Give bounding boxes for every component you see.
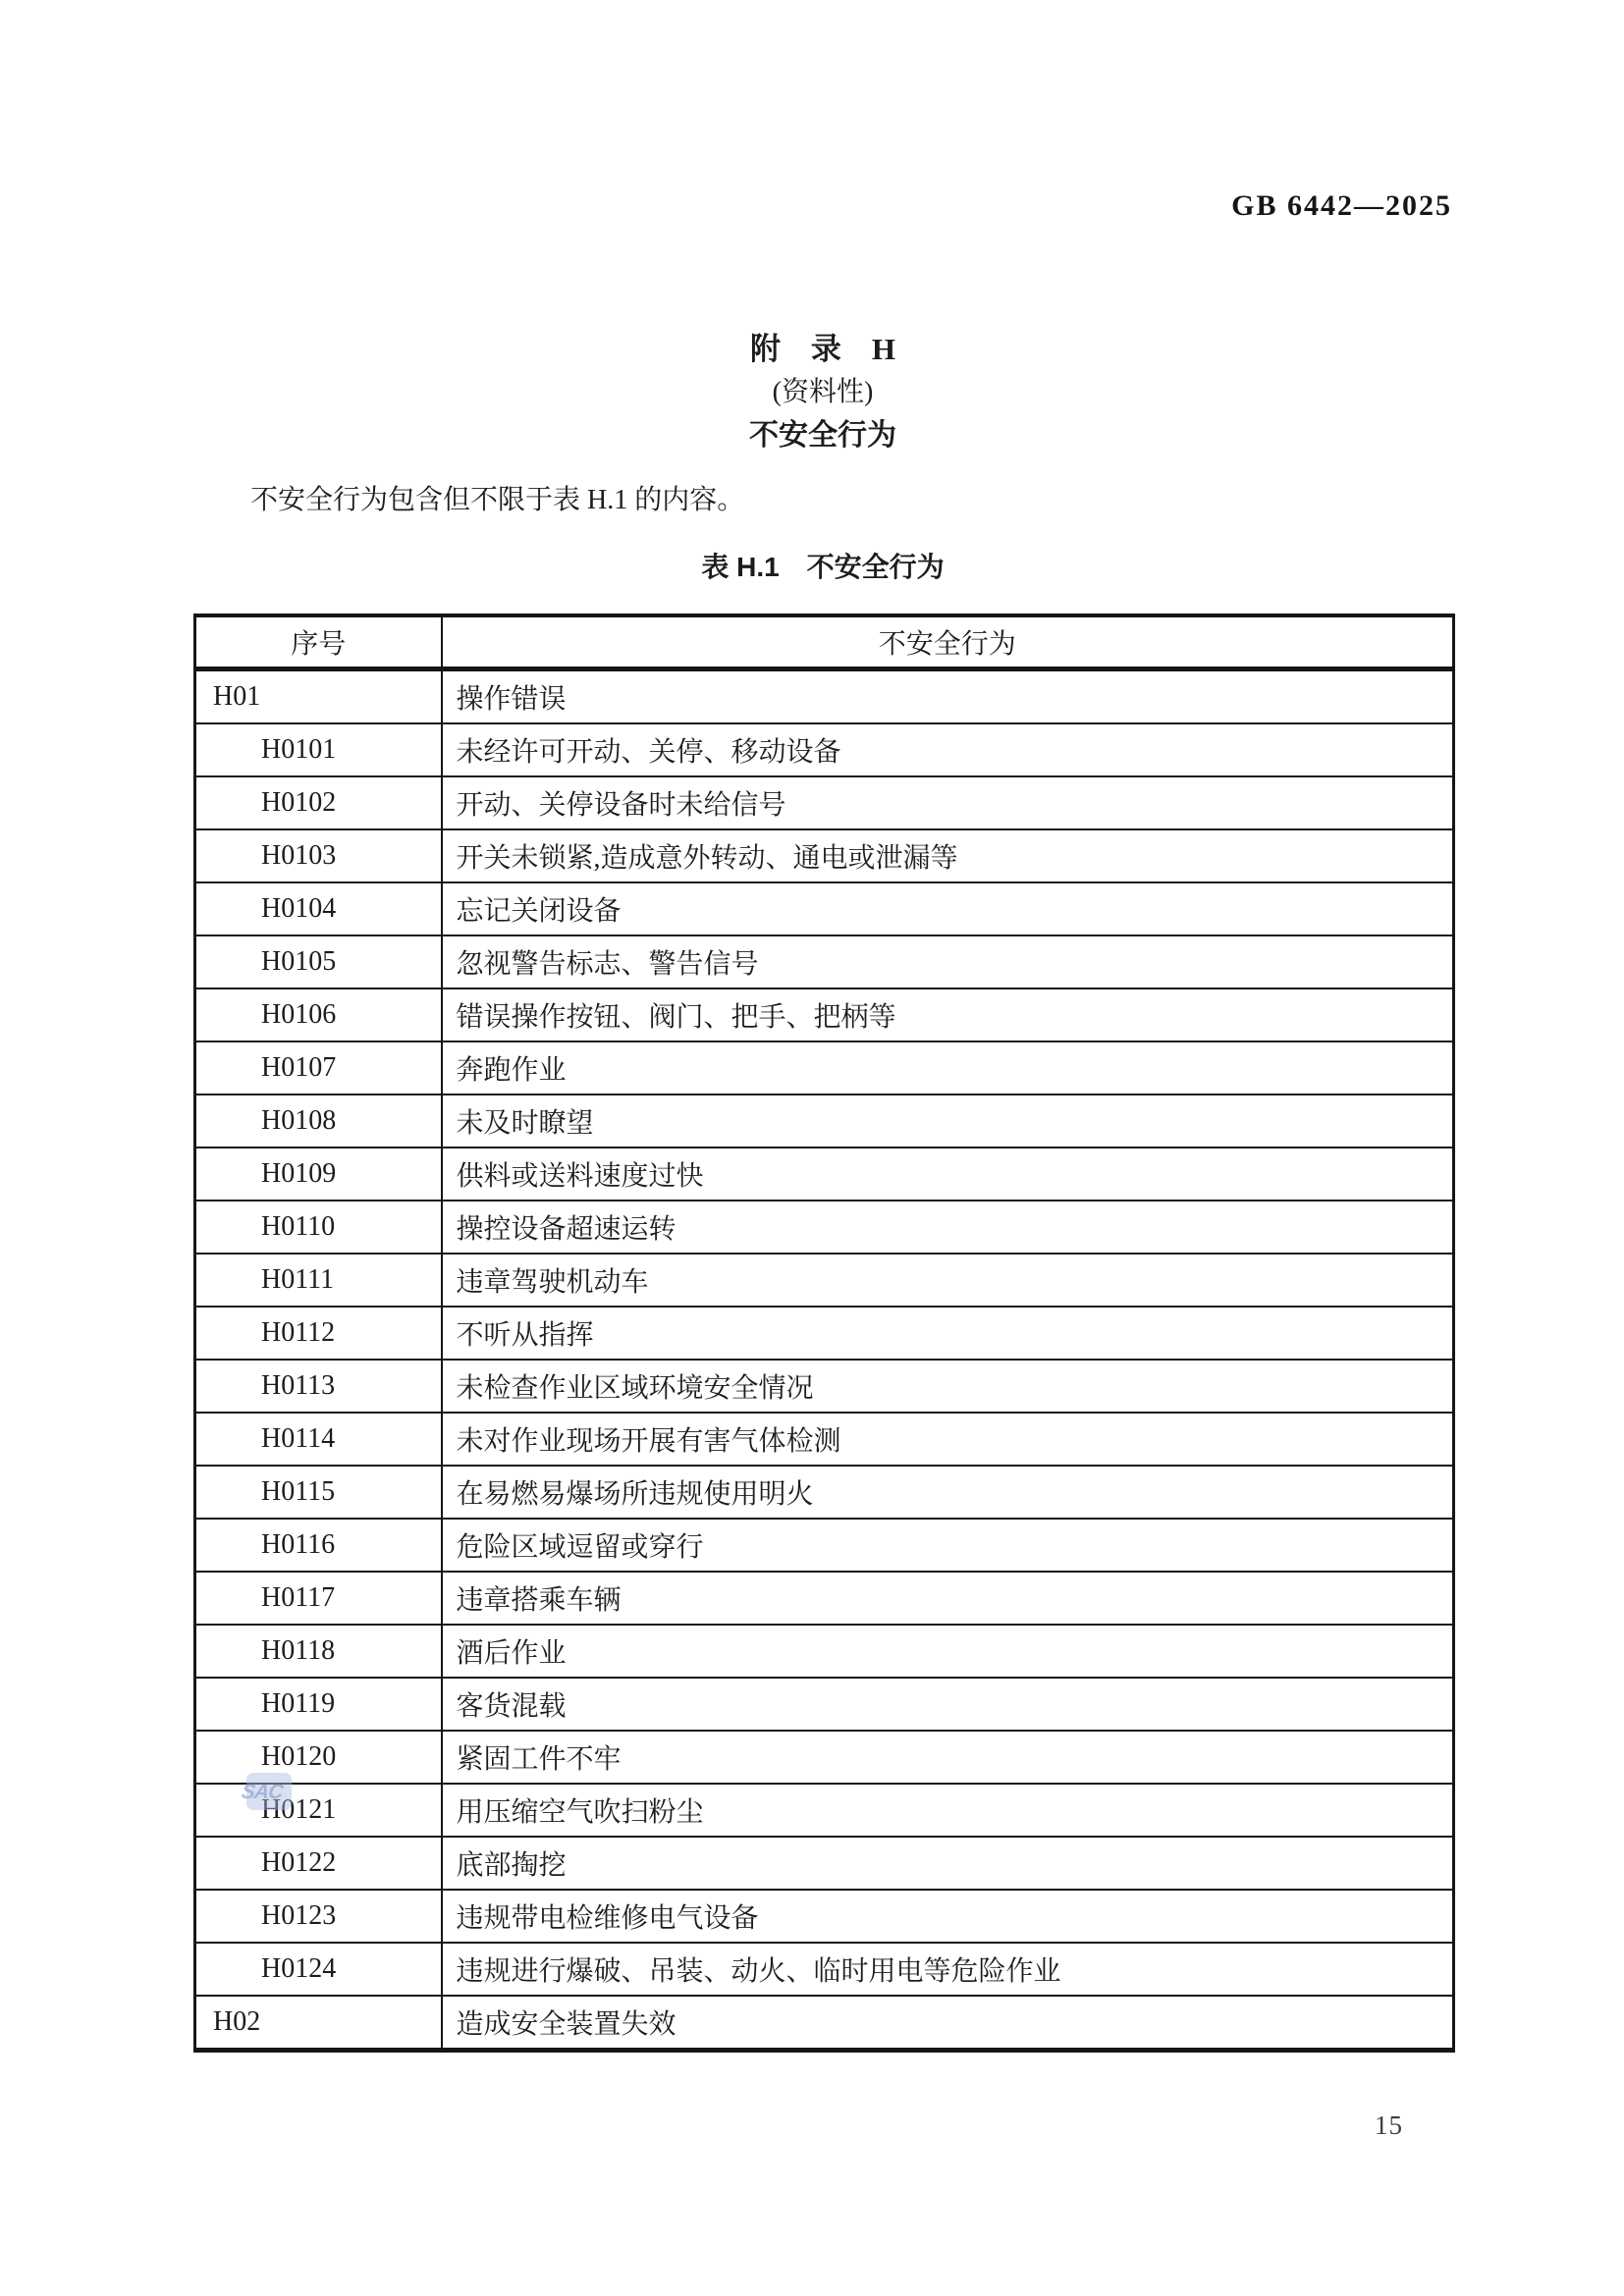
behavior-cell: 未及时瞭望	[442, 1095, 1454, 1148]
table-row: H0119客货混载	[195, 1678, 1454, 1731]
serial-cell: H0108	[195, 1095, 442, 1148]
table-row: H0111违章驾驶机动车	[195, 1254, 1454, 1307]
serial-cell: H0102	[195, 776, 442, 829]
table-row: H0112不听从指挥	[195, 1307, 1454, 1360]
behavior-cell: 不听从指挥	[442, 1307, 1454, 1360]
behavior-cell: 忽视警告标志、警告信号	[442, 935, 1454, 988]
behavior-cell: 底部掏挖	[442, 1837, 1454, 1890]
sac-watermark: SAC	[246, 1773, 292, 1810]
serial-cell: H0124	[195, 1943, 442, 1996]
serial-cell: H0122	[195, 1837, 442, 1890]
behavior-cell: 错误操作按钮、阀门、把手、把柄等	[442, 988, 1454, 1041]
table-row: H0114未对作业现场开展有害气体检测	[195, 1413, 1454, 1466]
behavior-cell: 紧固工件不牢	[442, 1731, 1454, 1784]
serial-cell: H0112	[195, 1307, 442, 1360]
serial-cell: H0104	[195, 882, 442, 935]
standard-document-page: GB 6442—2025 附 录 H (资料性) 不安全行为 不安全行为包含但不…	[0, 0, 1624, 2296]
serial-cell: H0123	[195, 1890, 442, 1943]
table-row: H0124违规进行爆破、吊装、动火、临时用电等危险作业	[195, 1943, 1454, 1996]
behavior-cell: 开动、关停设备时未给信号	[442, 776, 1454, 829]
table-row: H0121用压缩空气吹扫粉尘	[195, 1784, 1454, 1837]
table-row: H0110操控设备超速运转	[195, 1201, 1454, 1254]
serial-cell: H0106	[195, 988, 442, 1041]
serial-cell: H0103	[195, 829, 442, 882]
behavior-cell: 忘记关闭设备	[442, 882, 1454, 935]
table-row: H0106错误操作按钮、阀门、把手、把柄等	[195, 988, 1454, 1041]
column-header-behavior: 不安全行为	[442, 615, 1454, 669]
appendix-title-block: 附 录 H (资料性) 不安全行为	[193, 328, 1452, 457]
behavior-cell: 在易燃易爆场所违规使用明火	[442, 1466, 1454, 1519]
behavior-cell: 操控设备超速运转	[442, 1201, 1454, 1254]
behavior-cell: 未经许可开动、关停、移动设备	[442, 723, 1454, 776]
table-row: H0102开动、关停设备时未给信号	[195, 776, 1454, 829]
behavior-cell: 违章搭乘车辆	[442, 1572, 1454, 1625]
table-row: H0116危险区域逗留或穿行	[195, 1519, 1454, 1572]
behavior-cell: 危险区域逗留或穿行	[442, 1519, 1454, 1572]
serial-cell: H01	[195, 669, 442, 724]
serial-cell: H0110	[195, 1201, 442, 1254]
serial-cell: H0120	[195, 1731, 442, 1784]
behavior-cell: 客货混载	[442, 1678, 1454, 1731]
serial-cell: H0109	[195, 1148, 442, 1201]
table-row: H0115在易燃易爆场所违规使用明火	[195, 1466, 1454, 1519]
serial-cell: H0117	[195, 1572, 442, 1625]
serial-cell: H02	[195, 1996, 442, 2051]
serial-cell: H0118	[195, 1625, 442, 1678]
table-row: H0117违章搭乘车辆	[195, 1572, 1454, 1625]
serial-cell: H0119	[195, 1678, 442, 1731]
behavior-cell: 奔跑作业	[442, 1041, 1454, 1095]
page-number: 15	[1375, 2110, 1403, 2141]
serial-cell: H0107	[195, 1041, 442, 1095]
table-row: H0108未及时瞭望	[195, 1095, 1454, 1148]
table-row: H0118酒后作业	[195, 1625, 1454, 1678]
serial-cell: H0101	[195, 723, 442, 776]
table-row: H0104忘记关闭设备	[195, 882, 1454, 935]
table-row: H0101未经许可开动、关停、移动设备	[195, 723, 1454, 776]
table-row: H0103开关未锁紧,造成意外转动、通电或泄漏等	[195, 829, 1454, 882]
behavior-cell: 供料或送料速度过快	[442, 1148, 1454, 1201]
table-row: H0109供料或送料速度过快	[195, 1148, 1454, 1201]
behavior-cell: 用压缩空气吹扫粉尘	[442, 1784, 1454, 1837]
behavior-cell: 造成安全装置失效	[442, 1996, 1454, 2051]
appendix-title: 附 录 H	[193, 328, 1452, 371]
table-row: H0123违规带电检维修电气设备	[195, 1890, 1454, 1943]
table-row: H0107奔跑作业	[195, 1041, 1454, 1095]
table-row: H0122底部掏挖	[195, 1837, 1454, 1890]
table-header-row: 序号 不安全行为	[195, 615, 1454, 669]
serial-cell: H0115	[195, 1466, 442, 1519]
table-row: H0105忽视警告标志、警告信号	[195, 935, 1454, 988]
serial-cell: H0113	[195, 1360, 442, 1413]
behavior-cell: 操作错误	[442, 669, 1454, 724]
behavior-cell: 违规进行爆破、吊装、动火、临时用电等危险作业	[442, 1943, 1454, 1996]
behavior-cell: 酒后作业	[442, 1625, 1454, 1678]
table-row: H0120紧固工件不牢	[195, 1731, 1454, 1784]
appendix-classification: (资料性)	[193, 371, 1452, 414]
serial-cell: H0105	[195, 935, 442, 988]
behavior-cell: 违规带电检维修电气设备	[442, 1890, 1454, 1943]
table-caption: 表 H.1 不安全行为	[193, 546, 1452, 585]
behavior-cell: 开关未锁紧,造成意外转动、通电或泄漏等	[442, 829, 1454, 882]
table-row: H01操作错误	[195, 669, 1454, 724]
intro-paragraph: 不安全行为包含但不限于表 H.1 的内容。	[193, 483, 1452, 518]
serial-cell: H0121	[195, 1784, 442, 1837]
appendix-subject: 不安全行为	[193, 414, 1452, 457]
behavior-cell: 未对作业现场开展有害气体检测	[442, 1413, 1454, 1466]
behavior-cell: 未检查作业区域环境安全情况	[442, 1360, 1454, 1413]
behavior-cell: 违章驾驶机动车	[442, 1254, 1454, 1307]
table-row: H0113未检查作业区域环境安全情况	[195, 1360, 1454, 1413]
table-row: H02造成安全装置失效	[195, 1996, 1454, 2051]
serial-cell: H0114	[195, 1413, 442, 1466]
column-header-serial: 序号	[195, 615, 442, 669]
sac-watermark-label: SAC	[240, 1781, 284, 1804]
serial-cell: H0116	[195, 1519, 442, 1572]
serial-cell: H0111	[195, 1254, 442, 1307]
unsafe-behavior-table: 序号 不安全行为 H01操作错误H0101未经许可开动、关停、移动设备H0102…	[193, 614, 1455, 2053]
standard-number: GB 6442—2025	[193, 189, 1452, 223]
